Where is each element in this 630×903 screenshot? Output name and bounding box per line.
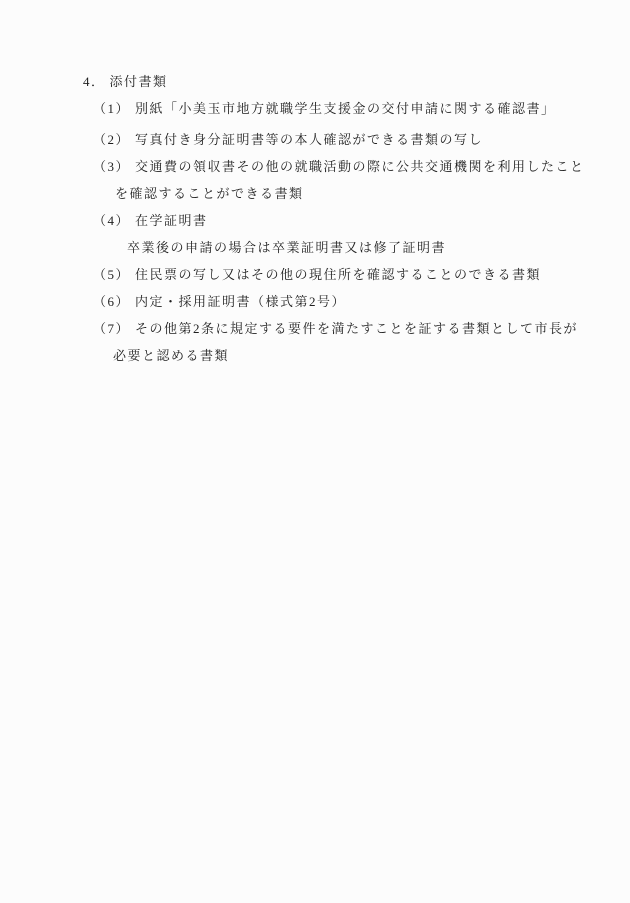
list-item: （3）交通費の領収書その他の就職活動の際に公共交通機関を利用したこと を確認する… [93,153,610,207]
item-text: 住民票の写し又はその他の現住所を確認することのできる書類 [135,267,541,282]
section-heading: 4．添付書類 [83,68,610,95]
item-text: 交通費の領収書その他の就職活動の際に公共交通機関を利用したこと [135,159,585,174]
list-item: （5）住民票の写し又はその他の現住所を確認することのできる書類 [93,261,610,288]
item-line: （5）住民票の写し又はその他の現住所を確認することのできる書類 [93,261,610,288]
section-number: 4． [83,74,106,89]
item-line: （2）写真付き身分証明書等の本人確認ができる書類の写し [93,126,610,153]
list-item: （2）写真付き身分証明書等の本人確認ができる書類の写し [93,126,610,153]
item-number: （6） [93,294,130,309]
item-line: （7）その他第2条に規定する要件を満たすことを証する書類として市長が [93,315,610,342]
section-title: 添付書類 [110,74,168,89]
item-line: （3）交通費の領収書その他の就職活動の際に公共交通機関を利用したこと [93,153,610,180]
item-text: 写真付き身分証明書等の本人確認ができる書類の写し [135,132,483,147]
item-number: （5） [93,267,130,282]
document-page: 4．添付書類 （1）別紙「小美玉市地方就職学生支援金の交付申請に関する確認書」 … [0,0,630,903]
item-text: 別紙「小美玉市地方就職学生支援金の交付申請に関する確認書」 [135,101,556,116]
list-item: （1）別紙「小美玉市地方就職学生支援金の交付申請に関する確認書」 [93,95,610,122]
item-continuation: 卒業後の申請の場合は卒業証明書又は修了証明書 [93,234,610,261]
list-item: （4）在学証明書 卒業後の申請の場合は卒業証明書又は修了証明書 [93,207,610,261]
item-continuation: を確認することができる書類 [93,180,610,207]
item-text: 在学証明書 [135,213,208,228]
item-number: （7） [93,321,130,336]
item-text: 内定・採用証明書（様式第2号） [135,294,346,309]
list-item: （7）その他第2条に規定する要件を満たすことを証する書類として市長が 必要と認め… [93,315,610,369]
item-line: （1）別紙「小美玉市地方就職学生支援金の交付申請に関する確認書」 [93,95,610,122]
item-number: （2） [93,132,130,147]
item-continuation: 必要と認める書類 [93,342,610,369]
item-line: （6）内定・採用証明書（様式第2号） [93,288,610,315]
item-text: その他第2条に規定する要件を満たすことを証する書類として市長が [135,321,578,336]
list-item: （6）内定・採用証明書（様式第2号） [93,288,610,315]
item-number: （4） [93,213,130,228]
item-number: （3） [93,159,130,174]
item-number: （1） [93,101,130,116]
item-line: （4）在学証明書 [93,207,610,234]
attachment-list: （1）別紙「小美玉市地方就職学生支援金の交付申請に関する確認書」 （2）写真付き… [93,95,610,369]
